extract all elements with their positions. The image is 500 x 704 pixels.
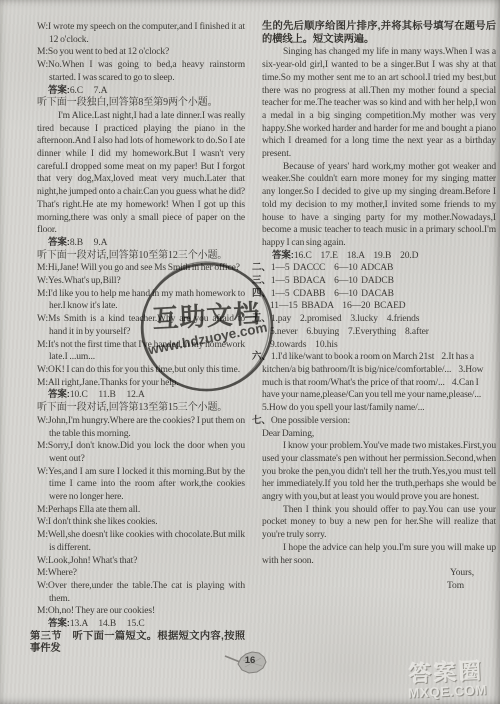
dialog-line: M:Oh,no! They are our cookies! (30, 605, 245, 618)
dialog-line: W:No.When I was going to bed,a heavy rai… (30, 59, 245, 84)
dialog-line: M:So you went to bed at 12 o'clock? (30, 46, 245, 59)
answer-key-line: 六、1.I'd like/want to book a room on Marc… (252, 351, 496, 415)
answer-key-line: 11—15 BBADA 16—20 BCAED (252, 300, 496, 313)
answer-key-line: 五、1.pay 2.promised 3.lucky 4.friends (252, 313, 496, 326)
line-label: 四、 (252, 288, 271, 299)
transcript-paragraph: Then I think you should offer to pay.You… (252, 504, 496, 542)
transcript-paragraph: Singing has changed my life in many ways… (252, 46, 496, 160)
answer-key-line: 答案:8.B 9.A (30, 237, 245, 250)
line-label: 答案: (48, 389, 70, 400)
line-label: 答案: (48, 618, 70, 629)
letter-signature: Tom (252, 580, 496, 593)
left-text-column: W:I wrote my speech on the computer,and … (30, 21, 245, 656)
answer-key-line: 答案:13.A 14.B 15.C (30, 618, 245, 631)
line-label: 答案: (272, 250, 294, 261)
mxqe-site-url: MXQE.COM (396, 682, 499, 701)
dialog-line: W:OK! I can do this for you this time,bu… (30, 364, 245, 377)
dialog-line: W:Over there,under the table.The cat is … (30, 580, 245, 605)
transcript-paragraph: Because of years' hard work,my mother go… (252, 161, 496, 250)
line-label: 答案: (48, 85, 70, 96)
dialog-line: M:It's not the first time that I've hand… (30, 339, 245, 364)
dialog-line: M:All right,Jane.Thanks for your help. (30, 377, 245, 390)
answer-key-line: 9.towards 10.his (252, 339, 496, 352)
dialog-line: M:I'd like you to help me hand in my mat… (30, 288, 245, 313)
section-heading: 第三节 听下面一篇短文。根据短文内容,按照事件发 (30, 631, 245, 656)
letter-salutation: Dear Daming, (252, 428, 496, 441)
dialog-line: M:Sorry,I don't know.Did you lock the do… (30, 440, 245, 465)
dialog-line: W:Yes,and I am sure I locked it this mor… (30, 466, 245, 504)
mxqe-corner-watermark: 答案圈 MXQE.COM (395, 660, 499, 701)
line-label: 三、 (252, 275, 271, 286)
listening-instruction: 听下面一段对话,回答第10至第12三个小题。 (30, 250, 245, 263)
transcript-paragraph: I hope the advice can help you.I'm sure … (252, 542, 496, 567)
page-number: 16 (240, 655, 260, 666)
answer-key-line: 答案:16.C 17.E 18.A 19.B 20.D (252, 250, 496, 263)
line-label: 七、 (252, 415, 271, 426)
dialog-line: M:Hi,Jane! Will you go and see Ms Smith … (30, 262, 245, 275)
answer-key-line: 四、1—5 CDABB 6—10 DACAB (252, 288, 496, 301)
answer-key-line: 二、1—5 DACCC 6—10 ADCAB (252, 262, 496, 275)
dialog-line: M:Perhaps Ella ate them all. (30, 504, 245, 517)
answer-key-line: 三、1—5 BDACA 6—10 DADCB (252, 275, 496, 288)
line-label: 二、 (252, 262, 271, 273)
dialog-line: M:Where? (30, 567, 245, 580)
dialog-line: M:Well,she doesn't like cookies with cho… (30, 529, 245, 554)
mxqe-logo: 答案圈 (395, 660, 498, 686)
answer-key-line: 5.never 6.buying 7.Everything 8.after (252, 326, 496, 339)
dialog-line: W:I wrote my speech on the computer,and … (30, 21, 245, 46)
transcript-paragraph: I know your problem.You've made two mist… (252, 440, 496, 504)
line-label: 五、 (252, 313, 271, 324)
dialog-line: W:Yes.What's up,Bill? (30, 275, 245, 288)
listening-instruction: 听下面一段独白,回答第8至第9两个小题。 (30, 97, 245, 110)
answer-book-page: W:I wrote my speech on the computer,and … (0, 0, 500, 704)
listening-instruction: 听下面一段对话,回答第13至第15三个小题。 (30, 402, 245, 415)
page-number-leaf: 16 (221, 648, 273, 678)
letter-signature: Yours, (252, 567, 496, 580)
section-heading: 生的先后顺序给图片排序,并将其标号填写在题号后的横线上。短文读两遍。 (252, 21, 496, 46)
answer-key-line: 七、One possible version: (252, 415, 496, 428)
dialog-line: W:John,I'm hungry.Where are the cookies?… (30, 415, 245, 440)
right-text-column: 生的先后顺序给图片排序,并将其标号填写在题号后的横线上。短文读两遍。Singin… (252, 21, 496, 593)
line-label: 答案: (48, 237, 70, 248)
dialog-line: W:Ms Smith is a kind teacher.Why are you… (30, 313, 245, 338)
answer-key-line: 答案:6.C 7.A (30, 85, 245, 98)
answer-key-line: 答案:10.C 11.B 12.A (30, 389, 245, 402)
transcript-paragraph: I'm Alice.Last night,I had a late dinner… (30, 110, 245, 237)
line-label: 六、 (252, 351, 271, 362)
dialog-line: W:Look,John! What's that? (30, 555, 245, 568)
dialog-line: W:I don't think she likes cookies. (30, 516, 245, 529)
